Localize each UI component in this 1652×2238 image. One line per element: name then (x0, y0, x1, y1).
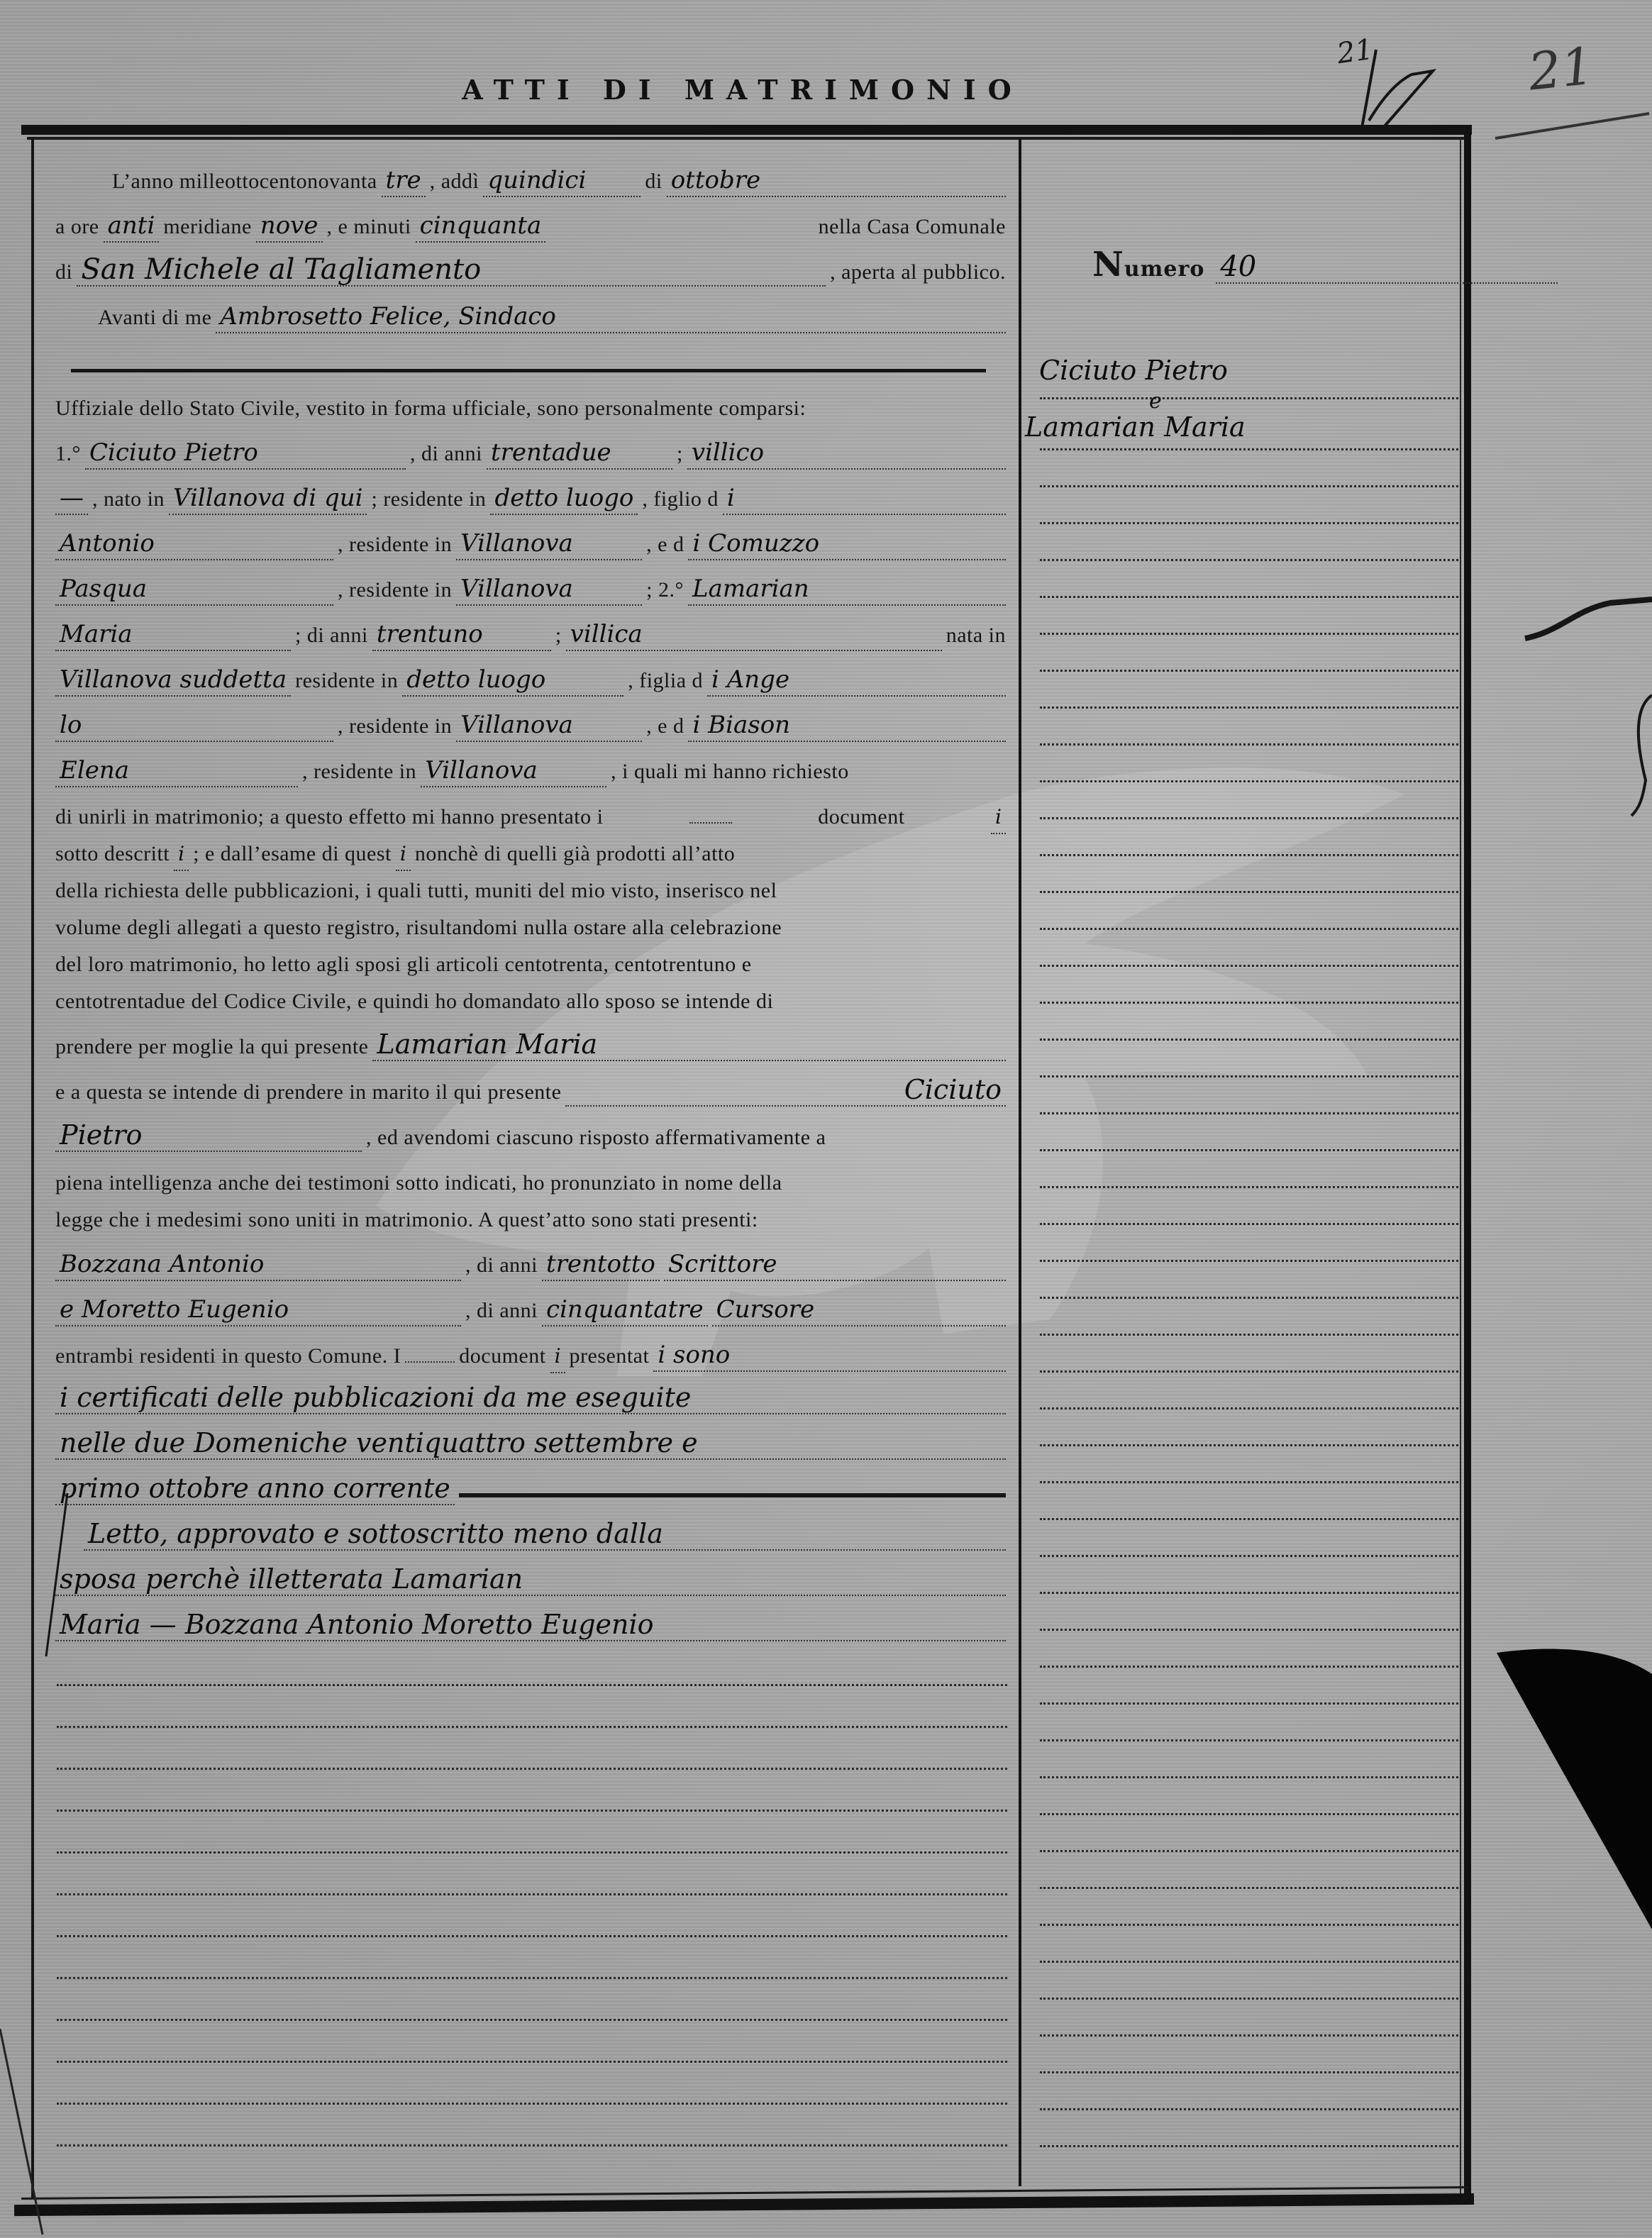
page-number-note-right: 21 (1526, 35, 1597, 101)
handwritten-line-4: Letto, approvato e sottoscritto meno dal… (55, 1518, 1006, 1558)
line-printed-6: legge che i medesimi sono uniti in matri… (55, 1200, 1006, 1240)
witness-2-name-field: e Moretto Eugenio (55, 1294, 461, 1326)
margin-bride-name: Lamarian Maria (1025, 411, 1246, 443)
act-number-value: 40 (1216, 251, 1558, 284)
witness-1-occupation-field: Scrittore (664, 1248, 1006, 1281)
bride-surname-field: Lamarian (688, 573, 1006, 606)
line-groom-birth: — , nato in Villanova di qui ; residente… (55, 480, 1006, 519)
line-ask-bride: e a questa se intende di prendere in mar… (55, 1073, 1006, 1112)
witness-1-age-field: trentotto (542, 1248, 660, 1281)
margin-groom-name: Ciciuto Pietro (1039, 355, 1228, 386)
frame-right-border (1464, 132, 1471, 2198)
frame-top-border (21, 125, 1472, 135)
bride-age-field: trentuno (372, 619, 551, 651)
line-witness-1: Bozzana Antonio , di anni trentotto Scri… (55, 1246, 1006, 1285)
line-printed-3: del loro matrimonio, ho letto agli sposi… (55, 945, 1006, 985)
groom-mother-field: i Comuzzo (688, 528, 1006, 560)
handwritten-line-3: primo ottobre anno corrente (55, 1473, 1006, 1512)
line-documents: entrambi residenti in questo Comune. I d… (55, 1336, 1006, 1376)
line-groom-father: Antonio , residente in Villanova , e d i… (55, 525, 1006, 565)
margin-pen-squiggle-icon (1518, 567, 1652, 851)
line-witness-2: e Moretto Eugenio , di anni cinquantatre… (55, 1291, 1006, 1331)
handwritten-line-5: sposa perchè illetterata Lamarian (55, 1563, 1006, 1603)
frame-top-inner-border (27, 137, 1467, 140)
bride-father-field: i Ange (707, 664, 1006, 697)
groom-answer-field: Ciciuto (565, 1074, 1006, 1107)
line-printed-1: della richiesta delle pubblicazioni, i q… (55, 871, 1006, 911)
line-printed-2: volume degli allegati a questo registro,… (55, 908, 1006, 948)
minutes-field: cinquanta (416, 210, 546, 243)
page-title: ATTI DI MATRIMONIO (319, 74, 1166, 106)
line-bride-mother: Elena , residente in Villanova , i quali… (55, 752, 1006, 792)
line-groom: 1.° Ciciuto Pietro , di anni trentadue ;… (55, 434, 1006, 474)
bride-name-field: Maria (55, 619, 291, 651)
year-field: tre (382, 165, 426, 197)
signature-line: Maria — Bozzana Antonio Moretto Eugenio (55, 1609, 1006, 1649)
groom-name-field: Ciciuto Pietro (85, 437, 406, 470)
bride-birthplace-field: Villanova suddetta (55, 664, 291, 697)
line-bride-birth: Villanova suddetta residente in detto lu… (55, 661, 1006, 701)
frame-right-inner-border (1460, 138, 1461, 2195)
margin-conjunction: e (1149, 389, 1162, 414)
column-divider (1019, 139, 1021, 2186)
witness-2-age-field: cinquantatre (542, 1294, 708, 1326)
line-ufficiale: Uffiziale dello Stato Civile, vestito in… (55, 389, 1006, 428)
meridian-field: anti (104, 210, 160, 243)
line-place: di San Michele al Tagliamento , aperta a… (55, 253, 1006, 292)
hour-field: nove (256, 210, 323, 243)
line-time: a ore anti meridiane nove , e minuti cin… (55, 207, 1006, 247)
section-separator (71, 369, 986, 372)
act-number: Numero 40 (1092, 245, 1558, 284)
line-bride: Maria ; di anni trentuno ; villica nata … (55, 616, 1006, 655)
bride-residence-field: detto luogo (402, 664, 623, 697)
witness-1-name-field: Bozzana Antonio (55, 1248, 461, 1281)
groom-age-field: trentadue (487, 437, 672, 470)
witness-2-occupation-field: Cursore (712, 1294, 1006, 1326)
line-printed-5: piena intelligenza anche dei testimoni s… (55, 1163, 1006, 1203)
groom-father-field: Antonio (55, 528, 333, 560)
page-number-note-left: 21 (1335, 33, 1375, 71)
handwritten-line-1: i certificati delle pubblicazioni da me … (55, 1382, 1006, 1422)
line-groom-mother: Pasqua , residente in Villanova ; 2.° La… (55, 570, 1006, 610)
scanner-clip-shadow-icon (1490, 1646, 1652, 1944)
groom-birthplace-field: Villanova di qui (169, 482, 367, 515)
line-year-date: L’anno milleottocentonovanta tre , addì … (55, 162, 1006, 201)
day-field: quindici (483, 165, 641, 197)
corner-pencil-stroke-icon (1490, 106, 1652, 149)
line-officer: Avanti di me Ambrosetto Felice, Sindaco (55, 298, 1006, 338)
groom-residence-field: detto luogo (490, 482, 638, 515)
line-bride-father: lo , residente in Villanova , e d i Bias… (55, 707, 1006, 746)
line-printed-4: centotrentadue del Codice Civile, e quin… (55, 982, 1006, 1021)
bride-answer-field: Lamarian Maria (372, 1029, 1006, 1061)
month-field: ottobre (667, 165, 1006, 197)
commune-field: San Michele al Tagliamento (77, 254, 826, 287)
line-affirmative: Pietro , ed avendomi ciascuno risposto a… (55, 1118, 1006, 1158)
bride-mother-field: i Biason (688, 709, 1006, 742)
bride-occupation-field: villica (566, 619, 942, 651)
line-ask-groom: prendere per moglie la qui presente Lama… (55, 1027, 1006, 1067)
handwritten-line-2: nelle due Domeniche ventiquattro settemb… (55, 1427, 1006, 1467)
line-request: di unirli in matrimonio; a questo effett… (55, 797, 1006, 837)
line-sotto-descritti: sotto descritt i ; e dall’esame di quest… (55, 834, 1006, 874)
officer-field: Ambrosetto Felice, Sindaco (216, 301, 1006, 333)
frame-left-border (31, 137, 34, 2198)
act-number-label: Numero (1092, 245, 1204, 284)
groom-occupation-field: villico (687, 437, 1006, 470)
